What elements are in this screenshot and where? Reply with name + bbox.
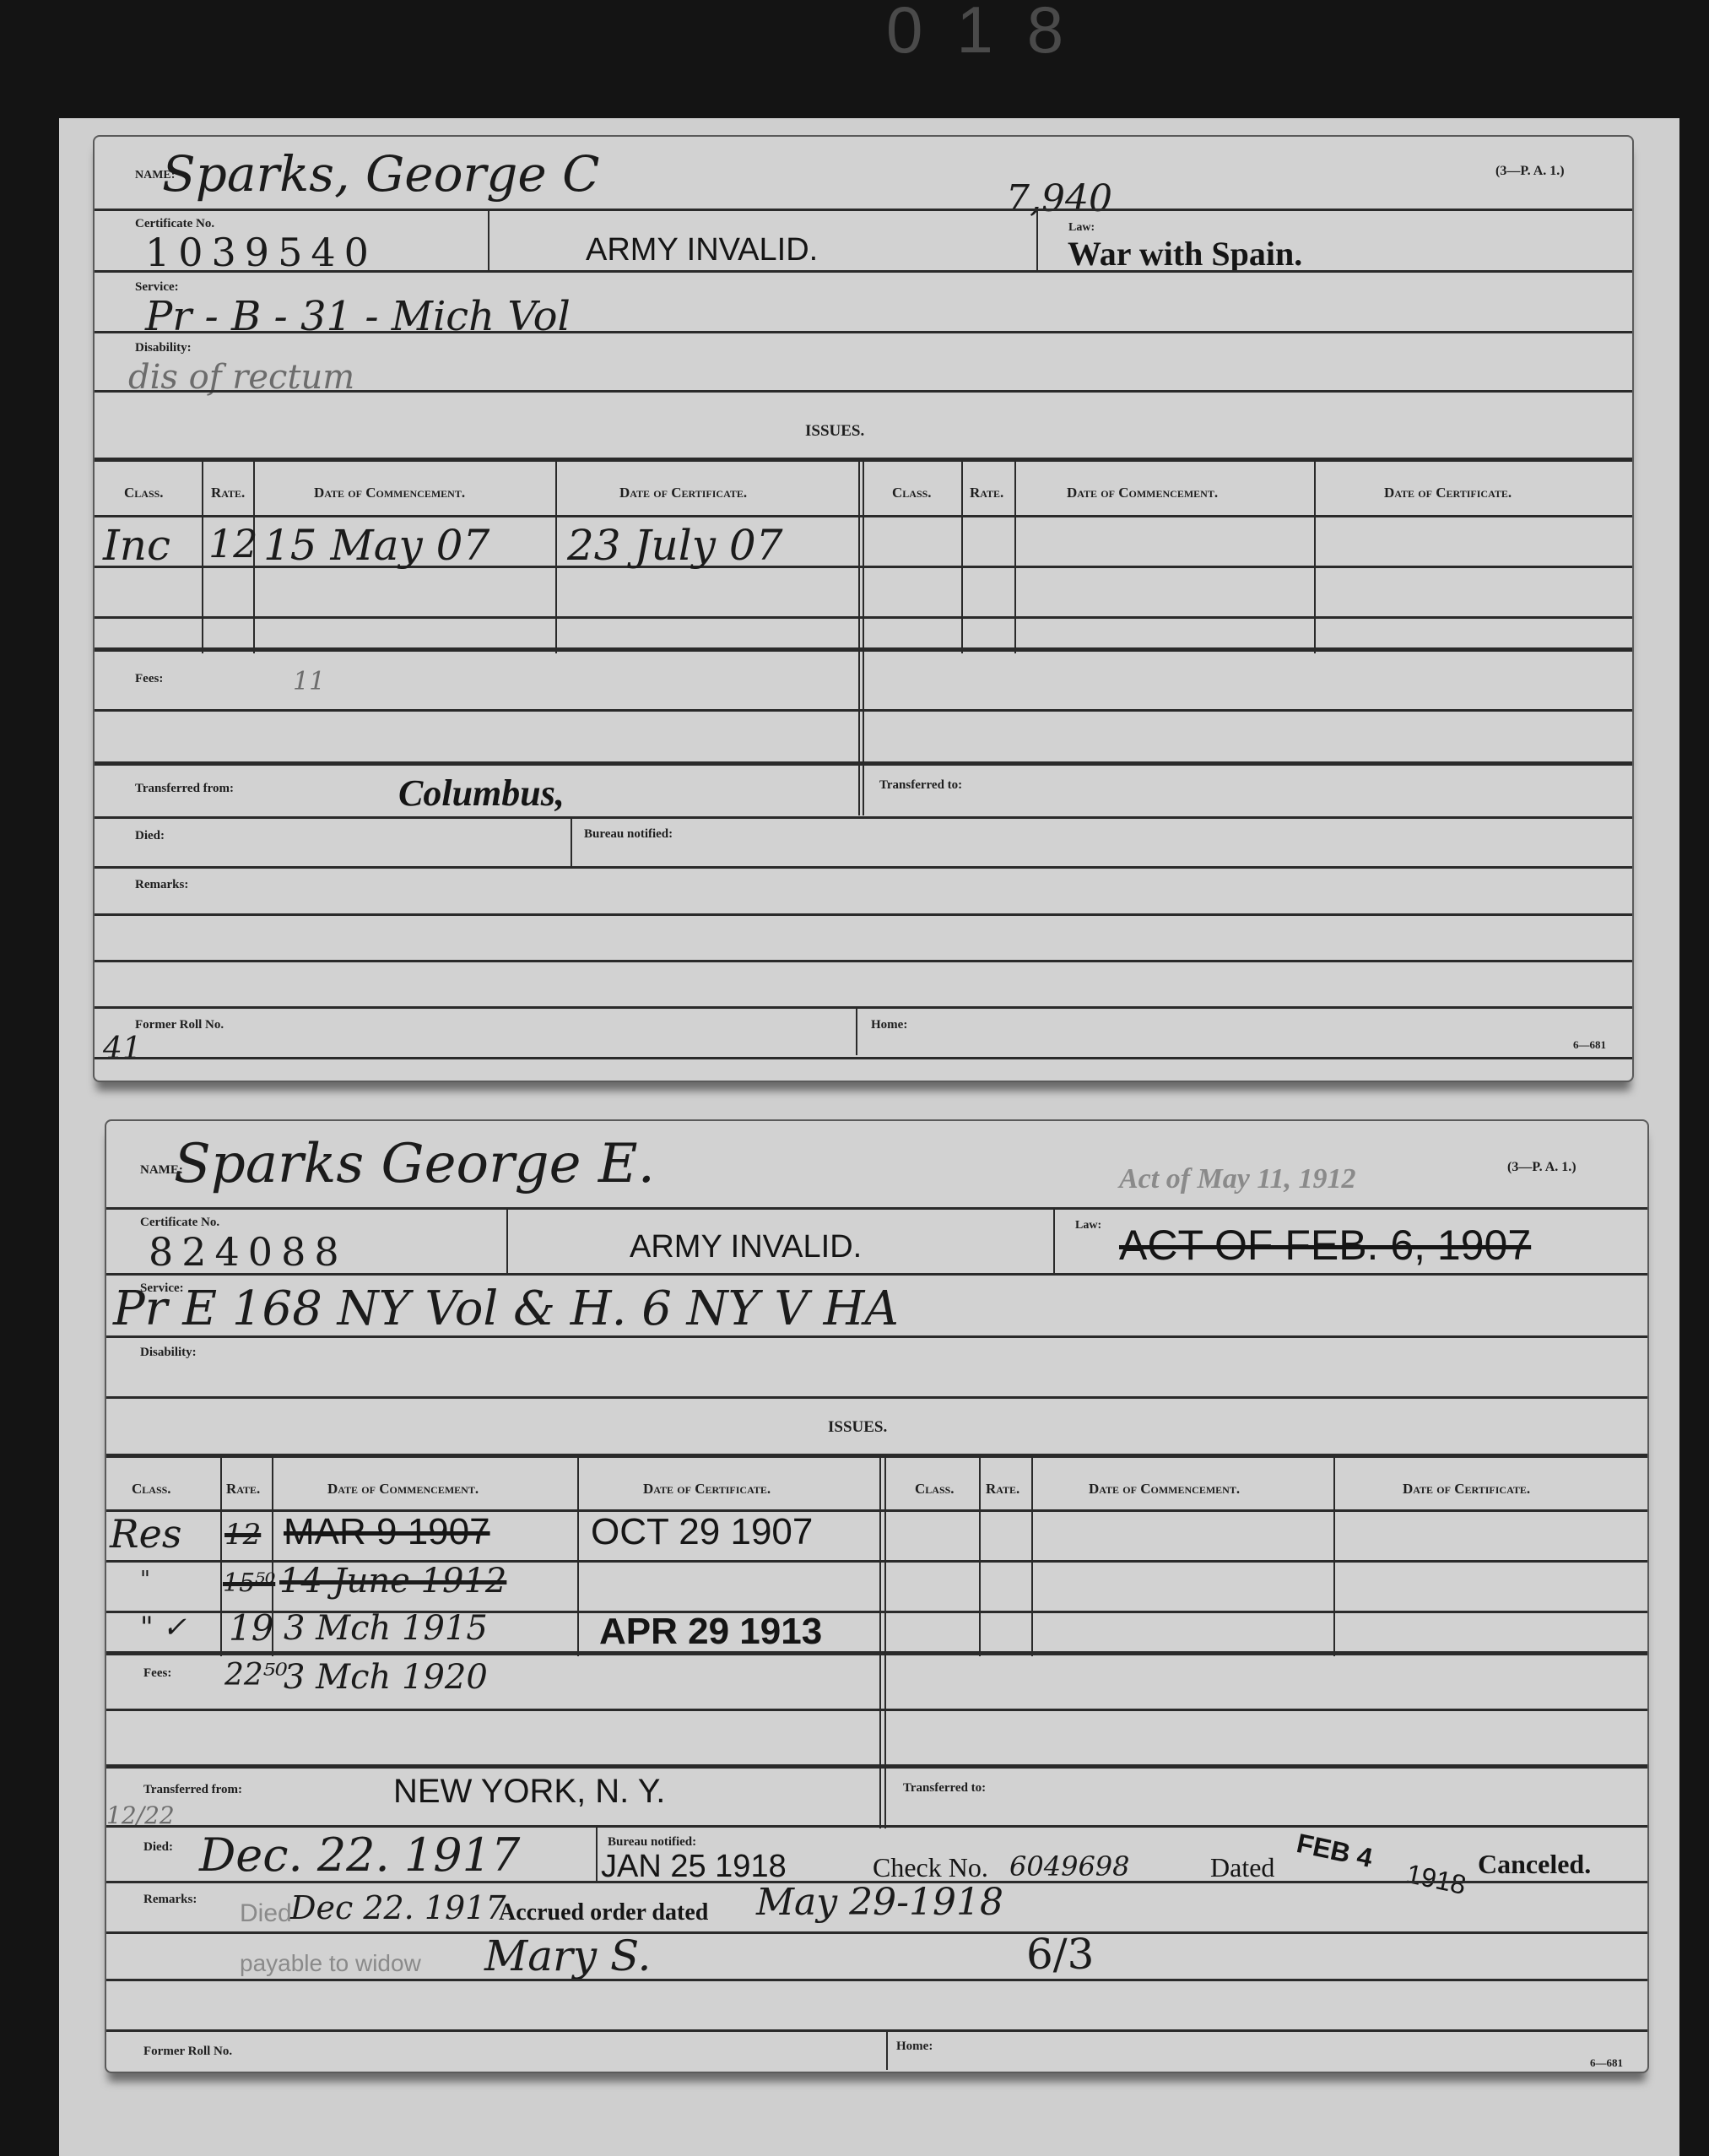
- col-class-header: Class.: [132, 1481, 171, 1498]
- category-stamp: ARMY INVALID.: [630, 1229, 862, 1265]
- remarks-died-date: Dec 22. 1917: [290, 1889, 506, 1926]
- died-label: Died:: [135, 829, 165, 843]
- cell-certificate: OCT 29 1907: [591, 1511, 813, 1553]
- order-date: May 29-1918: [756, 1881, 1003, 1924]
- col-rate-header-right: Rate.: [970, 485, 1003, 501]
- transferred-from-value: Columbus,: [398, 772, 565, 815]
- law-label: Law:: [1075, 1219, 1101, 1232]
- divider: [95, 209, 1632, 211]
- issues-heading: ISSUES.: [828, 1418, 887, 1437]
- bureau-notified-label: Bureau notified:: [584, 827, 673, 842]
- divider: [95, 390, 1632, 393]
- cell-rate: 15⁵⁰: [223, 1568, 275, 1598]
- divider: [1036, 209, 1038, 270]
- cell-rate: 12: [208, 521, 258, 566]
- cell-class: " ✓: [140, 1611, 187, 1644]
- law-value-struck: ACT OF FEB. 6, 1907: [1119, 1221, 1531, 1270]
- divider: [488, 209, 489, 270]
- cell-certificate: 23 July 07: [567, 521, 783, 570]
- cell-commencement: MAR 9 1907: [284, 1511, 490, 1553]
- film-frame-number: 018: [886, 0, 1097, 68]
- law-amendment-stamp: Act of May 11, 1912: [1119, 1163, 1355, 1195]
- remarks-label: Remarks:: [143, 1893, 197, 1907]
- bureau-notified-value: JAN 25 1918: [601, 1849, 787, 1885]
- disability-label: Disability:: [140, 1346, 197, 1360]
- canceled-status: Canceled.: [1478, 1849, 1591, 1880]
- col-certificate-header: Date of Certificate.: [619, 485, 747, 501]
- form-code: (3—P. A. 1.): [1507, 1160, 1576, 1175]
- divider: [95, 331, 1632, 333]
- annotation-number: 7,940: [1006, 177, 1112, 220]
- col-certificate-header-right: Date of Certificate.: [1403, 1481, 1530, 1498]
- dated-label: Dated: [1210, 1852, 1274, 1883]
- transferred-from-label: Transferred from:: [135, 782, 234, 796]
- former-roll-label: Former Roll No.: [135, 1018, 224, 1032]
- cell-rate: 12: [224, 1518, 261, 1552]
- pension-card-2: NAME: Sparks George E. (3—P. A. 1.) Act …: [105, 1119, 1649, 2073]
- certificate-label: Certificate No.: [140, 1216, 219, 1230]
- payee-name: Mary S.: [484, 1931, 651, 1980]
- col-certificate-header-right: Date of Certificate.: [1384, 485, 1512, 501]
- payment-note: 6/3: [1026, 1930, 1094, 1979]
- pension-card-1: NAME: Sparks, George C 7,940 (3—P. A. 1.…: [93, 135, 1634, 1082]
- col-commencement-header: Date of Commencement.: [314, 485, 465, 501]
- disability-label: Disability:: [135, 341, 192, 355]
- remarks-label: Remarks:: [135, 878, 188, 892]
- order-label: Accrued order dated: [499, 1899, 708, 1926]
- fees-value: 11: [293, 667, 325, 696]
- cell-commencement: 15 May 07: [263, 521, 489, 570]
- cell-certificate: APR 29 1913: [599, 1611, 822, 1653]
- cell-commencement: 3 Mch 1920: [284, 1658, 488, 1697]
- payable-label: payable to widow: [240, 1950, 421, 1977]
- check-number: 6049698: [1009, 1850, 1130, 1882]
- bureau-notified-label: Bureau notified:: [608, 1835, 696, 1850]
- check-label: Check No.: [873, 1852, 988, 1883]
- col-rate-header-right: Rate.: [986, 1481, 1019, 1498]
- form-number: 6—681: [1573, 1038, 1606, 1052]
- col-class-header: Class.: [124, 485, 164, 501]
- center-divider: [879, 1457, 881, 1828]
- issues-heading: ISSUES.: [805, 422, 864, 441]
- cell-class: Res: [110, 1511, 181, 1557]
- form-number: 6—681: [1590, 2056, 1623, 2070]
- col-class-header-right: Class.: [892, 485, 932, 501]
- home-label: Home:: [871, 1018, 907, 1032]
- col-commencement-header-right: Date of Commencement.: [1089, 1481, 1240, 1498]
- transferred-from-value: NEW YORK, N. Y.: [393, 1773, 665, 1811]
- name-value: Sparks George E.: [174, 1133, 655, 1195]
- home-label: Home:: [896, 2040, 933, 2054]
- col-rate-header: Rate.: [226, 1481, 260, 1498]
- dated-stamp: FEB 4: [1294, 1828, 1375, 1874]
- dated-year: 1918: [1403, 1858, 1468, 1901]
- col-certificate-header: Date of Certificate.: [643, 1481, 771, 1498]
- law-label: Law:: [1068, 221, 1095, 235]
- col-commencement-header: Date of Commencement.: [327, 1481, 479, 1498]
- died-label: Died:: [143, 1840, 173, 1855]
- form-code: (3—P. A. 1.): [1495, 164, 1565, 179]
- transferred-from-label: Transferred from:: [143, 1783, 242, 1797]
- law-value: War with Spain.: [1068, 234, 1302, 274]
- name-value: Sparks, George C: [162, 145, 600, 203]
- col-rate-header: Rate.: [211, 485, 245, 501]
- certificate-value: 824088: [149, 1229, 348, 1275]
- former-roll-value: 41: [103, 1032, 142, 1066]
- col-commencement-header-right: Date of Commencement.: [1067, 485, 1218, 501]
- cell-rate: 19: [229, 1607, 273, 1649]
- cell-class: ": [140, 1567, 150, 1592]
- fees-label: Fees:: [135, 672, 163, 686]
- cell-rate: 22⁵⁰: [224, 1658, 288, 1693]
- cell-commencement: 14 June 1912: [279, 1562, 506, 1601]
- cell-commencement: 3 Mch 1915: [284, 1609, 488, 1648]
- cell-class: Inc: [103, 521, 170, 570]
- former-roll-label: Former Roll No.: [143, 2045, 232, 2059]
- service-value: Pr E 168 NY Vol & H. 6 NY V HA: [113, 1281, 899, 1336]
- fees-label: Fees:: [143, 1666, 171, 1681]
- transferred-to-label: Transferred to:: [879, 778, 962, 793]
- col-class-header-right: Class.: [915, 1481, 955, 1498]
- died-value: Dec. 22. 1917: [199, 1828, 520, 1882]
- transferred-to-label: Transferred to:: [903, 1781, 986, 1796]
- certificate-value: 1039540: [145, 230, 377, 275]
- category-stamp: ARMY INVALID.: [586, 232, 818, 268]
- divider: [95, 270, 1632, 273]
- remarks-died-label: Died: [240, 1899, 292, 1928]
